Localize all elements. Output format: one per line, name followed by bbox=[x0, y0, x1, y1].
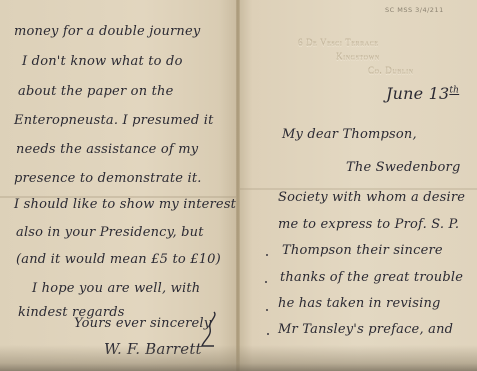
date-text: June 13 bbox=[386, 84, 449, 103]
letter-line: presence to demonstrate it. bbox=[14, 171, 202, 186]
signature-flourish-icon bbox=[200, 310, 220, 350]
margin-mark-icon bbox=[265, 281, 267, 283]
letter-date: June 13th bbox=[386, 84, 459, 103]
letter-line: Society with whom a desire bbox=[278, 190, 465, 205]
letter-line: also in your Presidency, but bbox=[16, 225, 204, 240]
letter-line: Enteropneusta. I presumed it bbox=[14, 113, 214, 128]
letter-line: Thompson their sincere bbox=[282, 243, 443, 258]
letterhead-county: Co. Dublin bbox=[368, 66, 414, 76]
date-suffix: th bbox=[449, 86, 459, 96]
letter-line: money for a double journey bbox=[14, 24, 200, 39]
letter-line: needs the assistance of my bbox=[16, 142, 198, 157]
salutation: My dear Thompson, bbox=[282, 127, 417, 142]
page-gutter bbox=[236, 0, 240, 371]
letterhead-town: Kingstown bbox=[336, 52, 380, 62]
letter-line: he has taken in revising bbox=[278, 296, 441, 311]
archive-reference: SC MSS 3/4/211 bbox=[385, 6, 444, 14]
letter-line: (and it would mean £5 to £10) bbox=[16, 252, 221, 267]
bottom-edge-shadow bbox=[0, 345, 477, 371]
letter-line: The Swedenborg bbox=[346, 160, 460, 175]
right-page: SC MSS 3/4/211 6 De Vesci Terrace Kingst… bbox=[238, 0, 477, 371]
margin-mark-icon bbox=[266, 309, 268, 311]
letter-line: Mr Tansley's preface, and bbox=[278, 322, 453, 337]
closing-line: I hope you are well, with bbox=[32, 281, 200, 296]
margin-mark-icon bbox=[266, 254, 268, 256]
letter-line: I don't know what to do bbox=[22, 54, 183, 69]
left-page: money for a double journey I don't know … bbox=[0, 0, 238, 371]
valediction: Yours ever sincerely bbox=[74, 316, 211, 331]
letter-line: I should like to show my interest bbox=[14, 197, 236, 212]
letter-line: about the paper on the bbox=[18, 84, 174, 99]
letterhead-address: 6 De Vesci Terrace bbox=[298, 38, 379, 48]
letter-line: thanks of the great trouble bbox=[280, 270, 463, 285]
margin-mark-icon bbox=[267, 333, 269, 335]
letter-line: me to express to Prof. S. P. bbox=[278, 217, 459, 232]
